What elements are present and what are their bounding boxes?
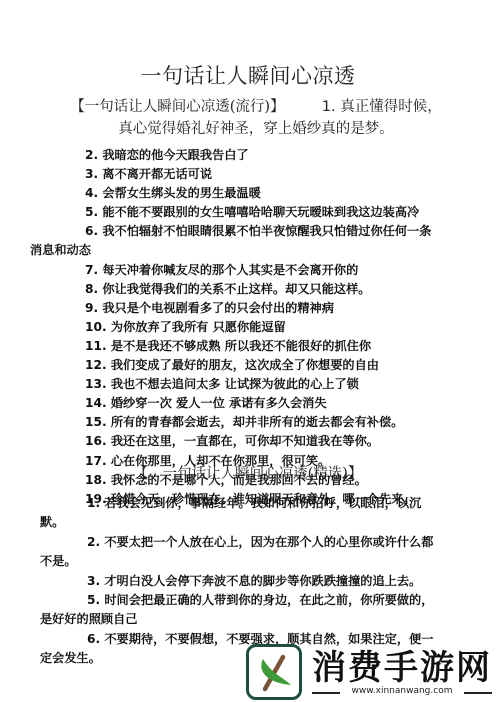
list-item: 6. 我不怕辐射不怕眼睛很累不怕半夜惊醒我只怕错过你任何一条消息和动态: [30, 222, 440, 260]
intro-line-1: 真正懂得时候，: [340, 99, 442, 115]
list-item: 8. 你让我觉得我们的关系不止这样。却又只能这样。: [30, 280, 440, 299]
watermark-site-name: 消费手游网: [312, 640, 492, 689]
list-item: 12. 我们变成了最好的朋友，这次成全了你想要的自由: [30, 356, 440, 375]
list-item: 2. 不要太把一个人放在心上，因为在那个人的心里你或许什么都不是。: [40, 533, 440, 572]
document-title: 一句话让人瞬间心凉透: [0, 60, 496, 90]
list-item: 14. 婚纱穿一次 爱人一位 承诺有多久会消失: [30, 394, 440, 413]
list-item: 9. 我只是个电视剧看多了的只会付出的精神病: [30, 299, 440, 318]
list-item: 5. 时间会把最正确的人带到你的身边，在此之前，你所要做的，是好好的照顾自己: [40, 591, 440, 630]
list-item: 7. 每天冲着你喊友尽的那个人其实是不会离开你的: [30, 261, 440, 280]
list-item: 3. 离不离开都无话可说: [30, 165, 440, 184]
section-heading-popular: 【一句话让人瞬间心凉透(流行)】: [70, 99, 284, 115]
section-heading-selected: 【 一句话让人瞬间心凉透(精选)】: [0, 462, 496, 483]
list-item: 2. 我暗恋的他今天跟我告白了: [30, 146, 440, 165]
list-item: 10. 为你放弃了我所有 只愿你能逗留: [30, 318, 440, 337]
list-item: 4. 会帮女生绑头发的男生最温暖: [30, 184, 440, 203]
list-item: 15. 所有的青春都会逝去，却并非所有的逝去都会有补偿。: [30, 413, 440, 432]
intro-paragraph: 【一句话让人瞬间心凉透(流行)】 1. 真正懂得时候， 真心觉得婚礼好神圣，穿上…: [56, 96, 456, 140]
popular-quote-list: 2. 我暗恋的他今天跟我告白了 3. 离不离开都无话可说 4. 会帮女生绑头发的…: [30, 146, 440, 509]
list-item: 13. 我也不想去追问太多 让试探为彼此的心上了锁: [30, 375, 440, 394]
leaf-stick-icon: [246, 644, 302, 700]
list-item: 11. 是不是我还不够成熟 所以我还不能很好的抓住你: [30, 337, 440, 356]
intro-number: 1.: [322, 99, 336, 115]
watermark-url: www.xinnanwang.com: [312, 686, 492, 696]
intro-line-2: 真心觉得婚礼好神圣，穿上婚纱真的是梦。: [56, 118, 456, 140]
list-item: 1. 若我会见到你，事隔经年。我如何和你招呼，以眼泪，以沉默。: [40, 494, 440, 533]
list-item: 16. 我还在这里，一直都在，可你却不知道我在等你。: [30, 432, 440, 451]
list-item: 5. 能不能不要跟别的女生嘻嘻哈哈聊天玩暧昧到我这边装高冷: [30, 203, 440, 222]
watermark-logo: 消费手游网 www.xinnanwang.com: [246, 642, 496, 702]
list-item: 3. 才明白没人会停下奔波不息的脚步等你跌跌撞撞的追上去。: [40, 572, 440, 591]
